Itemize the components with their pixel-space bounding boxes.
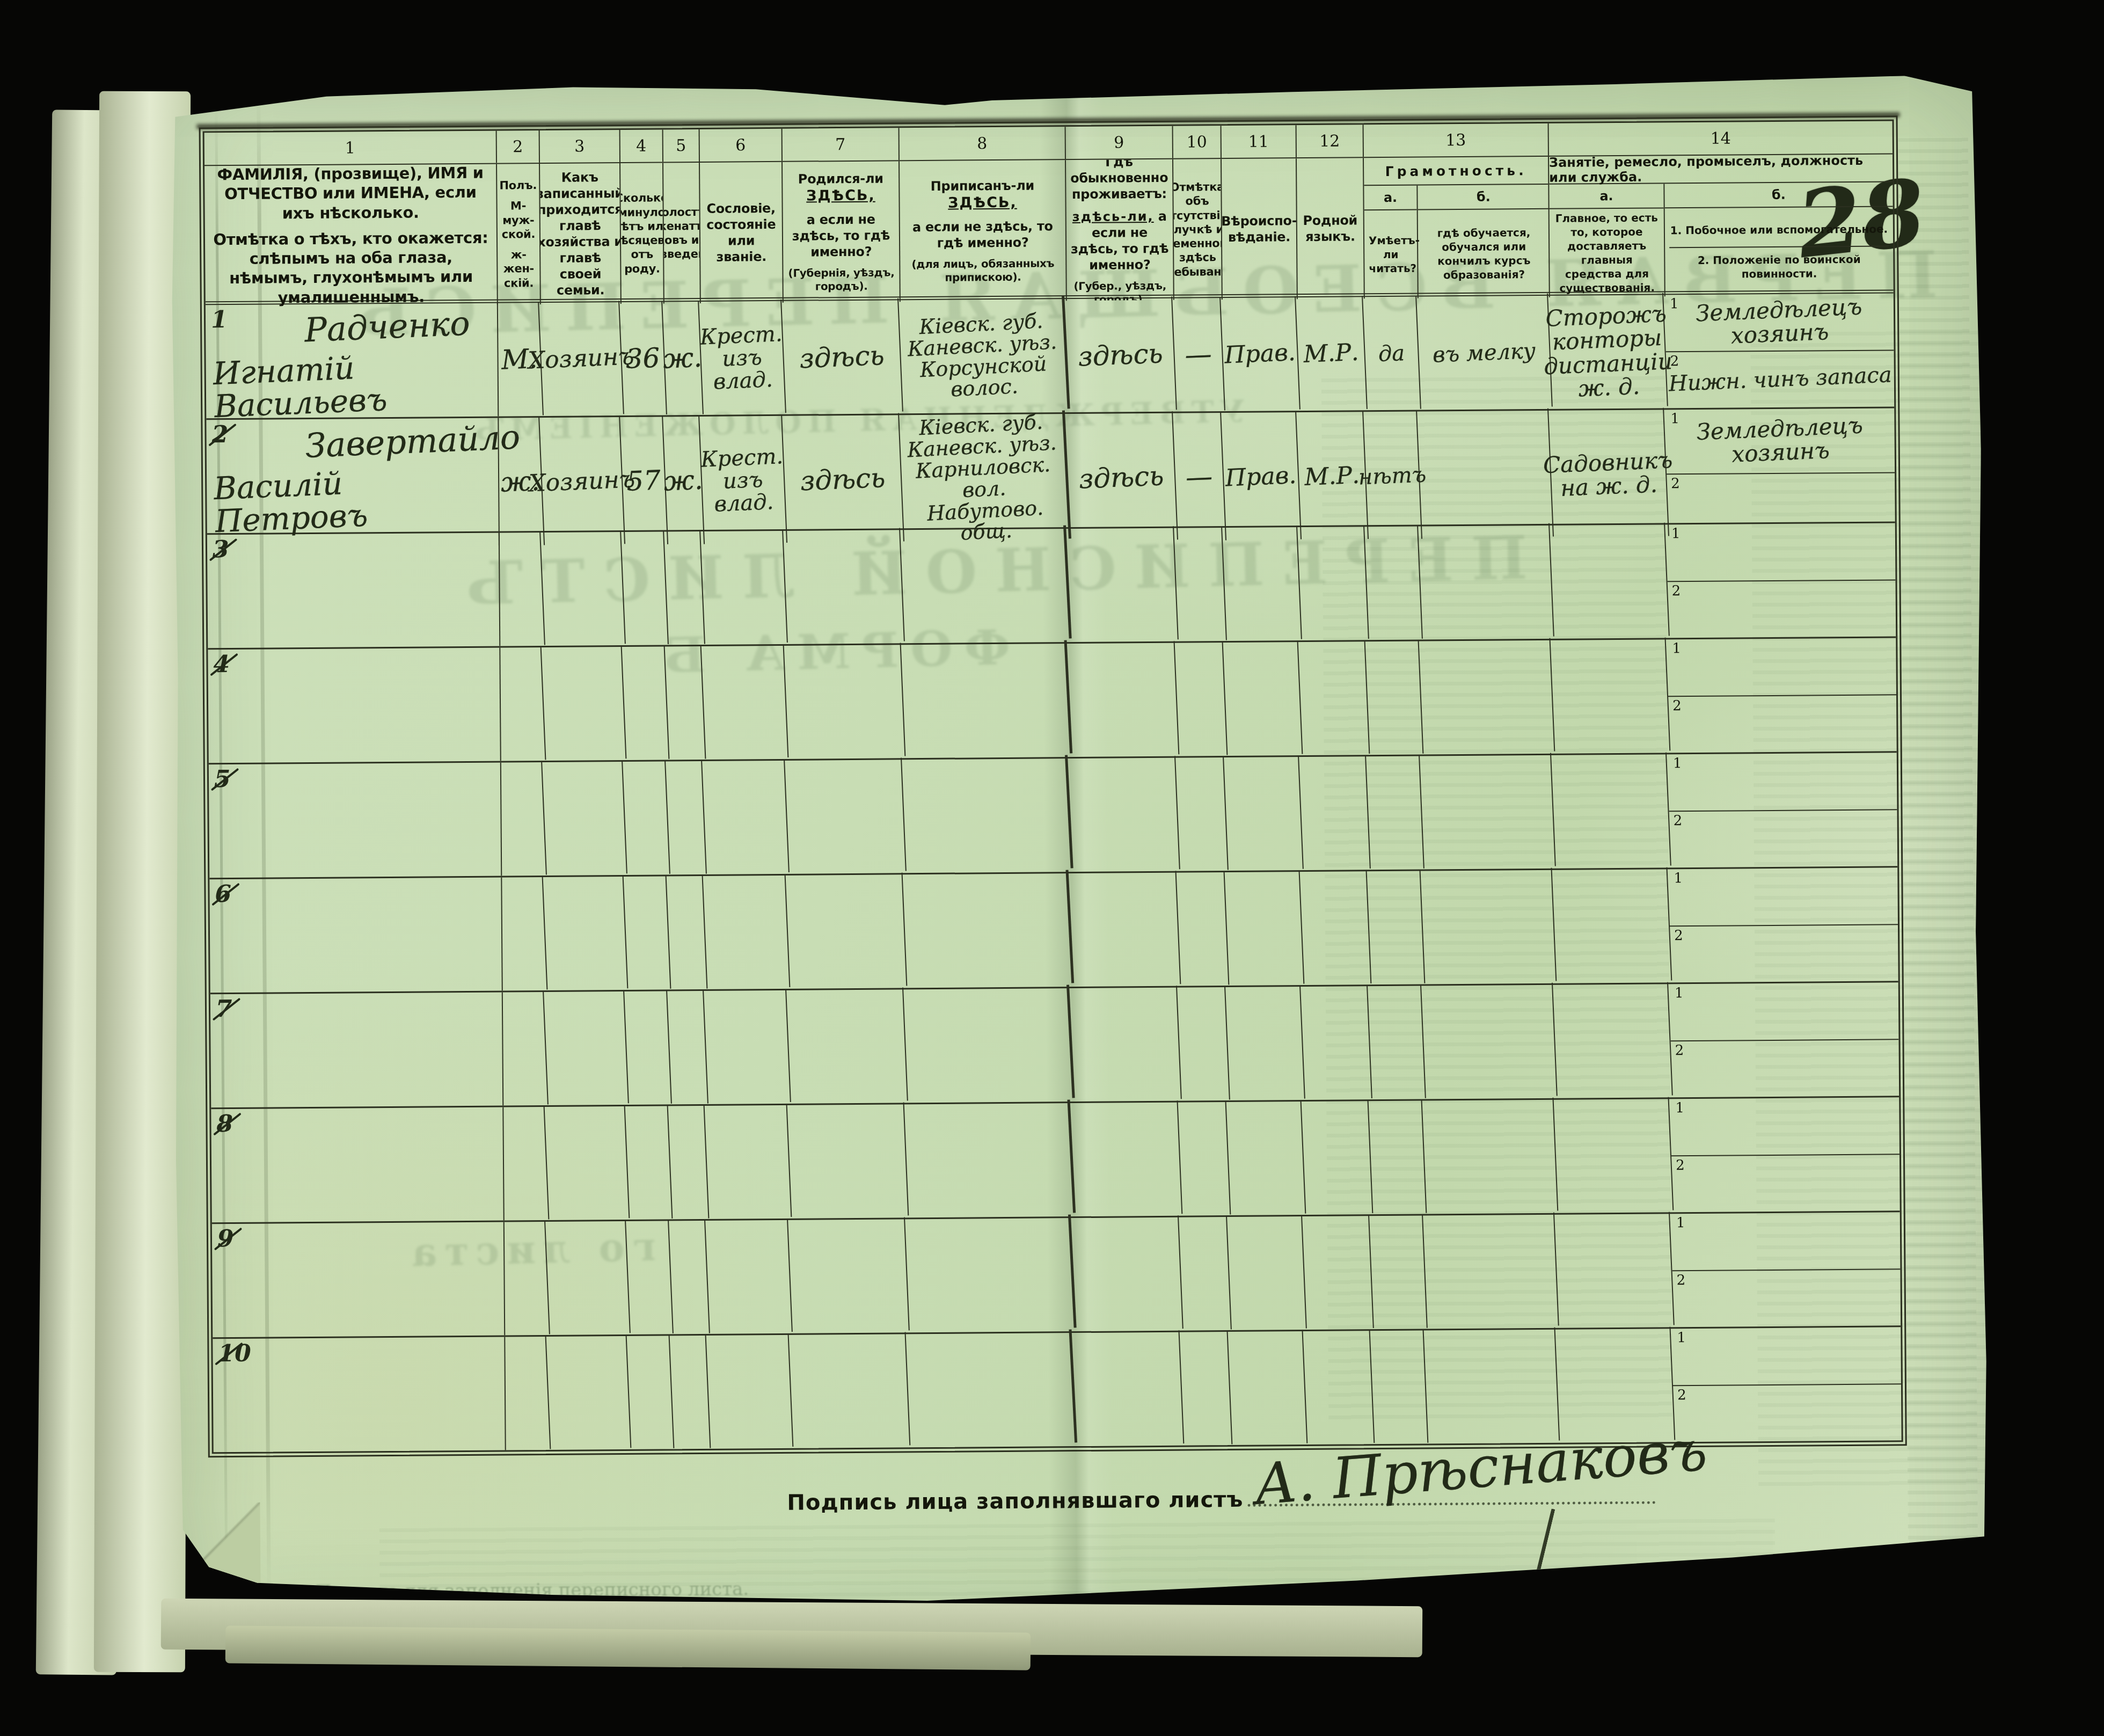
cell-resides [1070, 986, 1182, 1103]
subcell-marker-1: 1 [1675, 985, 1684, 1001]
cell-absence [1180, 1331, 1233, 1447]
cell-religion: Прав. [1221, 296, 1301, 413]
col-number: 7 [783, 128, 900, 161]
table-body: 1 Радченко Игнатій Васильевъ М. Хозяинъ … [206, 293, 1902, 1452]
cell-sex [499, 647, 546, 762]
occupation-sub-a: а. Главное, то есть то, которое доставля… [1549, 184, 1665, 297]
side-occupation-value: Земледѣлецъхозяинъ [1696, 295, 1864, 349]
cell-estate [700, 529, 788, 646]
header-col-10: Отмѣтка объ отсутствіи, отлучкѣ и о врем… [1173, 159, 1223, 300]
cell-resides [1071, 1100, 1183, 1218]
cell-age [624, 876, 671, 990]
military-status-subcell: 2 Нижн. чинъ запаса [1666, 351, 1895, 408]
col-number: 10 [1173, 126, 1222, 158]
cell-relation [542, 760, 627, 877]
table-row: 8 1 2 [211, 1096, 1900, 1222]
cell-literate [1369, 1215, 1428, 1330]
subcell-marker-1: 1 [1671, 526, 1681, 542]
cell-estate: Крест.изъ влад. [699, 300, 786, 416]
cell-relation [544, 990, 629, 1106]
table-row: 9 1 2 [212, 1210, 1901, 1337]
table-row: 2 Завертайло Василій Петровъ ж. Хозяинъ … [206, 406, 1895, 533]
table-row: 3 1 2 [207, 521, 1896, 648]
cell-resides [1066, 526, 1179, 644]
header-col-12: Родной языкъ. [1297, 158, 1365, 299]
subcell-marker-2: 2 [1676, 1272, 1685, 1288]
cell-name: 5 [209, 763, 502, 878]
cell-absence [1174, 527, 1227, 643]
header-col-8: Приписанъ-ли ЗДѢСЬ, а если не здѣсь, то … [900, 160, 1067, 302]
cell-school [1424, 1327, 1560, 1446]
cell-relation [545, 1220, 631, 1336]
cell-school [1419, 638, 1555, 757]
cell-occupation-side: 1 2 [1671, 1097, 1900, 1212]
cell-language [1298, 640, 1370, 756]
cell-registered [901, 640, 1072, 762]
cell-relation [545, 1105, 630, 1221]
subcell-marker-2: 2 [1672, 583, 1681, 599]
cell-resides [1069, 871, 1181, 988]
cell-age [621, 531, 669, 646]
side-occupation-subcell: 1 [1670, 982, 1899, 1041]
cell-registered: Кіевск. губ.Каневск. уѣз.Корсунскойволос… [898, 296, 1070, 417]
cell-name: 10 [213, 1337, 506, 1452]
subcell-marker-1: 1 [1674, 870, 1683, 886]
census-page: ПЕРВАЯ ВСЕОБЩАЯ ПЕРЕПИСЬ УТВЕРЖДЕННАЯ ПО… [165, 73, 1995, 1632]
header-col-3: Какъ записанный приходится главѣ хозяйст… [540, 163, 622, 304]
side-occupation-subcell: 1 [1667, 523, 1896, 581]
cell-born-here [787, 1103, 909, 1221]
row-number: 8 [216, 1110, 233, 1137]
table-row: 5 1 2 [209, 751, 1897, 878]
cell-religion: Прав. [1221, 411, 1302, 543]
side-occupation-subcell: 1 [1672, 1212, 1901, 1271]
column-headers: ФАМИЛІЯ, (прозвище), ИМЯ и ОТЧЕСТВО или … [204, 154, 1894, 301]
cell-age [625, 1105, 673, 1220]
subcell-marker-2: 2 [1671, 476, 1680, 492]
cell-born-here [784, 643, 906, 761]
subcell-marker-2: 2 [1674, 928, 1683, 944]
cell-registered [903, 984, 1075, 1106]
cell-occupation-side: 1 2 [1670, 982, 1899, 1097]
row-number: 3 [213, 536, 229, 563]
cell-absence: — [1173, 412, 1226, 543]
cell-absence: — [1172, 297, 1225, 413]
surname: Радченко [304, 306, 471, 348]
dog-ear-corner [179, 1502, 260, 1584]
row-number: 9 [217, 1225, 234, 1252]
ghost-bleed-rules-line: Правила для заполненія переписного листа… [315, 1578, 749, 1603]
cell-name: 6 [209, 878, 502, 993]
cell-occupation-main [1554, 1212, 1675, 1330]
cell-resides: здѣсь [1065, 411, 1178, 544]
military-status-subcell: 2 [1668, 580, 1896, 638]
literacy-title: Грамотность. [1364, 157, 1548, 186]
cell-resides [1072, 1330, 1185, 1448]
cell-name: 9 [212, 1222, 505, 1338]
side-occupation-subcell: 1 [1671, 1097, 1900, 1156]
subcell-marker-1: 1 [1670, 411, 1679, 427]
table-row: 4 1 2 [208, 636, 1896, 763]
military-status-subcell: 2 [1672, 1270, 1901, 1327]
cell-occupation-side: 1 2 [1669, 753, 1897, 867]
cell-occupation-side: 1 2 [1669, 867, 1898, 982]
subcell-marker-1: 1 [1670, 296, 1679, 312]
cell-registered [900, 526, 1071, 647]
cell-registered [905, 1329, 1077, 1450]
census-table: 1 2 3 4 5 6 7 8 9 10 11 12 13 14 ФАМИЛІЯ… [199, 115, 1907, 1457]
header-col-7: Родился-ли ЗДѢСЬ, а если не здѣсь, то гд… [783, 161, 901, 303]
cell-born-here: здѣсь [782, 413, 904, 546]
row-number: 10 [218, 1340, 251, 1367]
cell-religion [1227, 1215, 1307, 1332]
header-col-11: Вѣроиспо-вѣданіе. [1222, 158, 1298, 300]
cell-religion [1228, 1330, 1308, 1447]
cell-resides [1068, 641, 1180, 758]
header-col-2: Полъ. М-муж-ской. ж-жен-скій. [497, 164, 541, 305]
row-number: 4 [213, 651, 230, 678]
cell-occupation-main [1550, 523, 1670, 641]
cell-language [1300, 870, 1372, 986]
cell-religion [1223, 641, 1303, 757]
cell-language [1302, 1100, 1374, 1216]
side-occupation-subcell: 1 [1669, 753, 1897, 811]
row-number: 2 [211, 421, 228, 448]
cell-occupation-side: 1 2 [1668, 638, 1896, 753]
cell-sex [500, 877, 548, 991]
signature-flourish [1521, 1507, 1555, 1614]
table-header: 1 2 3 4 5 6 7 8 9 10 11 12 13 14 ФАМИЛІЯ… [204, 121, 1894, 305]
header-col1-line1: ФАМИЛІЯ, (прозвище), ИМЯ и ОТЧЕСТВО или … [207, 164, 494, 224]
cell-occupation-main: Сторожъ конторыдистанціи ж. д. [1548, 293, 1668, 411]
col-number: 1 [204, 131, 497, 165]
cell-school: въ мелку [1416, 294, 1553, 412]
cell-marital [669, 1220, 710, 1335]
header-col-5: Холостъ, женатъ, вдовъ или разведенъ. [663, 163, 701, 303]
cell-name: 1 Радченко Игнатій Васильевъ [206, 303, 499, 419]
cell-occupation-main [1551, 753, 1671, 871]
cell-occupation-side: 1 2 [1672, 1327, 1901, 1442]
cell-school [1422, 1098, 1559, 1216]
side-occupation-value: Земледѣлецъхозяинъ [1696, 414, 1864, 468]
cell-relation [542, 645, 627, 762]
col-number: 9 [1066, 126, 1173, 159]
cell-born-here [783, 528, 905, 646]
cell-born-here [785, 758, 907, 876]
cell-religion [1225, 871, 1305, 987]
cell-registered [904, 1214, 1076, 1336]
cell-relation [546, 1334, 632, 1451]
cell-name: 3 [207, 533, 500, 648]
col-number: 8 [900, 127, 1066, 160]
military-status-subcell: 2 [1668, 695, 1897, 753]
given-name: Василій Петровъ [213, 461, 495, 538]
cell-school [1420, 753, 1556, 872]
cell-absence [1177, 987, 1230, 1102]
cell-estate [702, 644, 789, 761]
cell-school [1418, 523, 1554, 642]
cell-age: 57 [620, 416, 668, 546]
cell-absence [1178, 1102, 1231, 1217]
cell-occupation-side: 1 Земледѣлецъхозяинъ 2 [1666, 408, 1895, 538]
cell-age [626, 1220, 674, 1335]
col-number: 3 [540, 130, 620, 163]
signature-block: Подпись лица заполнявшаго листъ А. Прѣсн… [787, 1484, 1807, 1515]
cell-occupation-main [1551, 638, 1671, 756]
cell-occupation-main [1552, 867, 1672, 986]
cell-relation: Хозяинъ [539, 415, 625, 547]
cell-literate [1366, 755, 1424, 871]
cell-estate [702, 759, 790, 876]
military-status-subcell: 2 [1669, 810, 1897, 867]
subcell-marker-1: 1 [1677, 1330, 1686, 1346]
cell-registered [902, 870, 1074, 991]
header-col-6: Сословіе, состояніе или званіе. [700, 162, 784, 303]
row-number: 1 [211, 306, 228, 333]
subcell-marker-1: 1 [1676, 1215, 1685, 1231]
occupation-sub-b: б. 1. Побочное или вспомогательное. 2. П… [1664, 182, 1893, 296]
header-col-4: Сколько минуло лѣтъ или мѣсяцевъ отъ род… [620, 163, 664, 304]
header-sex-female: ж-жен-скій. [500, 247, 537, 290]
cell-literate [1368, 985, 1426, 1100]
subcell-marker-2: 2 [1676, 1157, 1685, 1173]
cell-religion [1224, 756, 1304, 872]
cell-language [1303, 1330, 1375, 1446]
subcell-marker-1: 1 [1672, 640, 1681, 657]
subcell-marker-1: 1 [1675, 1100, 1684, 1116]
cell-resides [1071, 1215, 1183, 1333]
table-row: 6 1 2 [209, 866, 1898, 993]
cell-age [623, 761, 670, 876]
cell-resides: здѣсь [1065, 296, 1177, 414]
header-col-14-occupation: Занятіе, ремесло, промыселъ, должность и… [1549, 154, 1894, 297]
ghost-text-texture [1898, 137, 1978, 1566]
cell-absence [1179, 1216, 1232, 1332]
col-number: 5 [663, 129, 700, 162]
cell-occupation-main [1554, 1097, 1674, 1215]
cell-language [1302, 1215, 1374, 1331]
subcell-marker-2: 2 [1677, 1387, 1686, 1403]
cell-age [622, 646, 670, 761]
cell-relation [543, 875, 629, 991]
col-number: 11 [1222, 125, 1297, 158]
cell-literate: да [1363, 296, 1421, 411]
row-number: 6 [215, 880, 231, 908]
cell-born-here [786, 988, 908, 1106]
cell-name: 4 [208, 648, 501, 763]
header-col-13-literacy: Грамотность. а. Умѣетъ-ли читать? б. гдѣ… [1364, 157, 1550, 298]
cell-occupation-side: 1 2 [1672, 1212, 1901, 1327]
side-occupation-subcell: 1 Земледѣлецъхозяинъ [1665, 293, 1894, 352]
cell-age [624, 990, 672, 1105]
cell-marital: ж. [662, 301, 704, 416]
cell-school [1423, 1213, 1559, 1331]
cell-marital [664, 531, 705, 646]
side-occupation-subcell: 1 Земледѣлецъхозяинъ [1666, 408, 1895, 475]
header-col-1: ФАМИЛІЯ, (прозвище), ИМЯ и ОТЧЕСТВО или … [204, 164, 498, 307]
cell-relation [540, 530, 626, 647]
cell-marital [667, 876, 708, 990]
cell-name: 2 Завертайло Василій Петровъ [206, 418, 500, 549]
col-number: 13 [1364, 123, 1549, 157]
military-status-value: Нижн. чинъ запаса [1668, 363, 1892, 395]
cell-religion [1222, 526, 1302, 643]
cell-marital [670, 1335, 711, 1450]
cell-estate [704, 989, 791, 1105]
side-occupation-subcell: 1 [1669, 867, 1898, 926]
cell-occupation-main: Садовникъна ж. д. [1548, 408, 1669, 541]
col-number: 6 [700, 129, 783, 162]
cell-occupation-side: 1 Земледѣлецъхозяинъ 2 Нижн. чинъ запаса [1665, 293, 1894, 408]
side-occupation-subcell: 1 [1668, 638, 1896, 696]
literacy-sub-b: б. гдѣ обучается, обучался или кончилъ к… [1418, 185, 1550, 298]
subcell-marker-2: 2 [1675, 1042, 1684, 1059]
cell-age: 36 [619, 301, 667, 416]
cell-literate: нѣтъ [1363, 411, 1422, 541]
subcell-marker-1: 1 [1673, 755, 1682, 771]
stacked-sheet-edge-bottom [225, 1625, 1031, 1670]
cell-literate [1369, 1100, 1427, 1215]
cell-marital [665, 646, 706, 761]
col-number: 12 [1297, 125, 1364, 157]
cell-literate [1364, 526, 1423, 641]
header-col1-line2: Отмѣтка о тѣхъ, кто окажется: слѣпымъ на… [208, 228, 494, 307]
cell-religion [1225, 986, 1305, 1102]
cell-school [1421, 868, 1557, 987]
cell-marital [668, 1105, 710, 1220]
row-number: 7 [216, 995, 232, 1023]
side-occupation-subcell: 1 [1672, 1327, 1901, 1385]
cell-resides [1068, 756, 1180, 873]
military-status-subcell: 2 [1670, 1040, 1899, 1097]
cell-registered [901, 755, 1073, 876]
table-row: 7 1 2 [210, 981, 1899, 1107]
header-sex-title: Полъ. [499, 178, 537, 193]
cell-sex [503, 1336, 551, 1451]
military-status-subcell: 2 [1673, 1384, 1902, 1442]
cell-marital [667, 990, 708, 1105]
cell-absence [1175, 757, 1229, 872]
photo-scene: { "colors":{"paper":"#c8ddb4","ink":"#22… [0, 0, 2104, 1736]
cell-language: М.Р. [1296, 296, 1368, 412]
col-number: 14 [1549, 121, 1893, 155]
cell-estate [703, 874, 791, 990]
subcell-marker-2: 2 [1670, 353, 1679, 369]
cell-age [627, 1335, 675, 1450]
cell-sex [498, 532, 545, 647]
subcell-marker-2: 2 [1674, 813, 1683, 829]
subcell-marker-2: 2 [1672, 698, 1682, 714]
cell-school [1417, 409, 1554, 542]
cell-language [1301, 985, 1372, 1101]
cell-sex [502, 1106, 550, 1221]
cell-relation: Хозяинъ [539, 301, 624, 417]
cell-literate [1365, 640, 1424, 756]
row-number: 5 [214, 765, 231, 793]
col-number: 4 [620, 129, 663, 162]
given-name: Игнатій Васильевъ [213, 346, 495, 423]
cell-literate [1367, 870, 1426, 986]
military-status-subcell: 2 [1670, 925, 1898, 982]
cell-absence [1175, 642, 1228, 757]
cell-born-here: здѣсь [781, 298, 903, 417]
cell-born-here [786, 873, 908, 991]
table-row: 1 Радченко Игнатій Васильевъ М. Хозяинъ … [206, 293, 1894, 418]
cell-literate [1370, 1330, 1429, 1445]
cell-registered [904, 1099, 1076, 1221]
col-number: 2 [497, 130, 540, 163]
signature-label: Подпись лица заполнявшаго листъ [787, 1487, 1243, 1515]
cell-language [1297, 526, 1369, 641]
cell-occupation-main [1553, 982, 1673, 1100]
cell-sex [502, 1221, 550, 1336]
cell-name: 7 [210, 993, 503, 1108]
cell-name: 8 [211, 1107, 504, 1223]
cell-sex [499, 762, 547, 877]
cell-estate: Крест.изъ влад. [699, 414, 787, 546]
literacy-sub-a: а. Умѣетъ-ли читать? [1364, 186, 1418, 299]
military-status-subcell: 2 [1671, 1155, 1900, 1212]
cell-absence [1177, 872, 1230, 987]
cell-religion [1226, 1100, 1306, 1217]
cell-estate [705, 1104, 792, 1220]
cell-language: М.Р. [1296, 411, 1369, 542]
cell-born-here [789, 1332, 911, 1450]
cell-school [1421, 983, 1558, 1102]
cell-language [1299, 755, 1371, 871]
cell-marital [666, 761, 707, 876]
cell-marital: ж. [663, 416, 705, 546]
header-col-9: Гдѣ обыкновенно проживаетъ: здѣсь-ли, а … [1066, 159, 1174, 301]
header-sex-male: М-муж-ской. [500, 199, 537, 241]
cell-occupation-side: 1 2 [1667, 523, 1896, 638]
cell-born-here [788, 1217, 910, 1336]
occupation-title: Занятіе, ремесло, промыселъ, должность и… [1549, 154, 1893, 184]
cell-sex [501, 991, 549, 1106]
cell-estate [706, 1333, 794, 1450]
surname: Завертайло [304, 419, 521, 463]
cell-estate [705, 1219, 793, 1335]
